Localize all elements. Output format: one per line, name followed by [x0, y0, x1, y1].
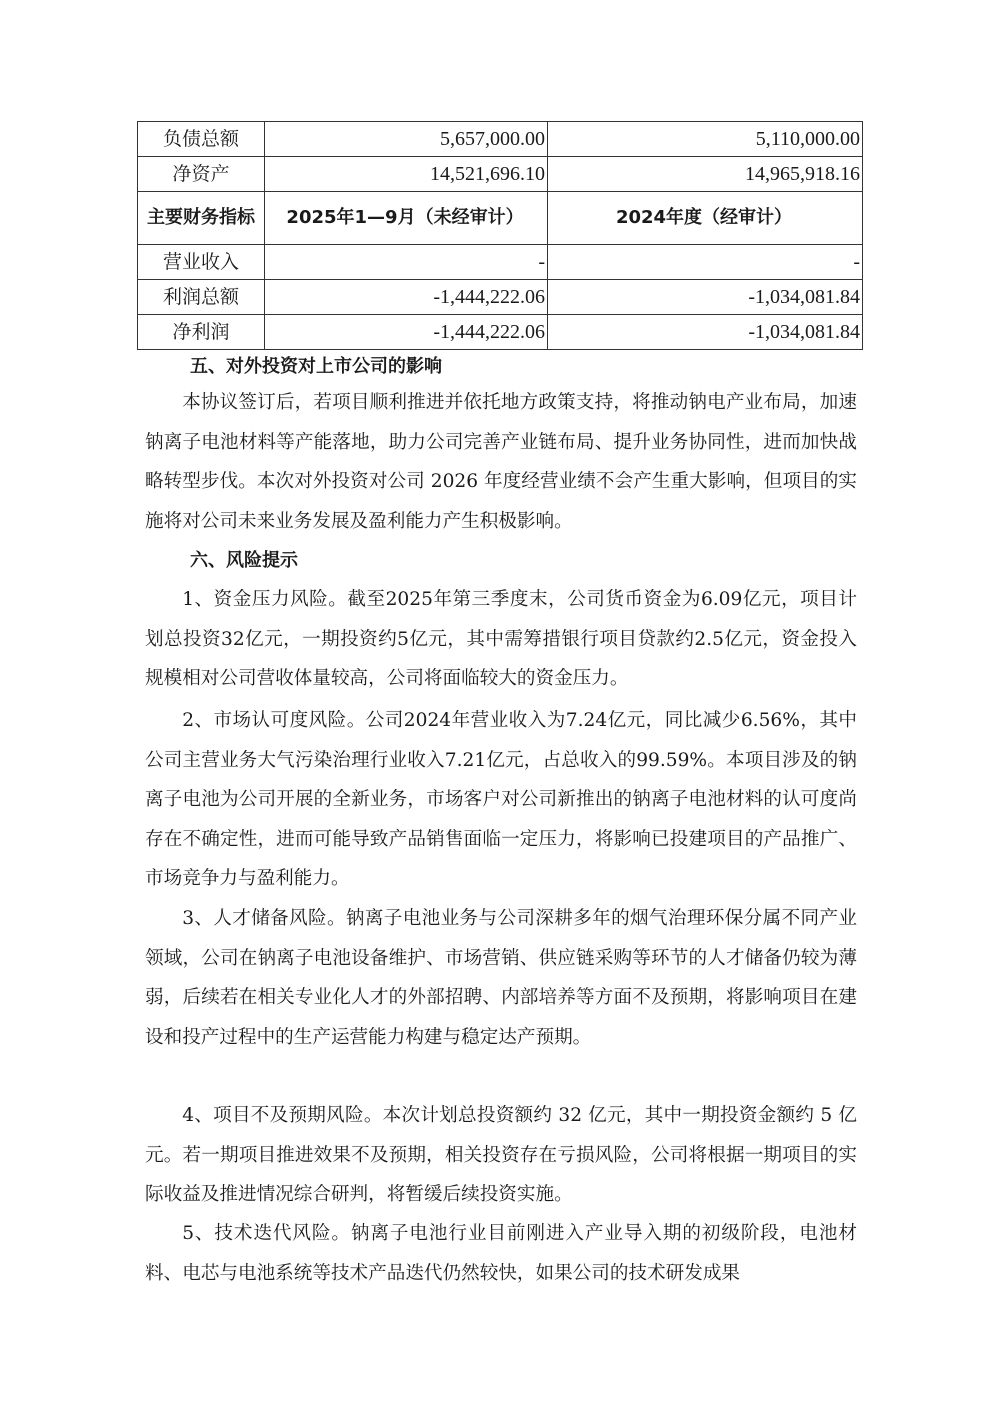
table-header-row: 主要财务指标 2025年1—9月（未经审计） 2024年度（经审计） — [138, 192, 863, 245]
header-label: 主要财务指标 — [138, 192, 265, 245]
risk-item-funding: 1、资金压力风险。截至2025年第三季度末，公司货币资金为6.09亿元，项目计划… — [145, 580, 857, 699]
table-row: 负债总额 5,657,000.00 5,110,000.00 — [138, 122, 863, 157]
cell-value-2024: 14,965,918.16 — [548, 157, 863, 192]
cell-value-2025: 5,657,000.00 — [265, 122, 548, 157]
section-heading-risks: 六、风险提示 — [190, 549, 298, 573]
section-heading-impact: 五、对外投资对上市公司的影响 — [190, 355, 442, 379]
table-row: 营业收入 - - — [138, 245, 863, 280]
risk-item-project: 4、项目不及预期风险。本次计划总投资额约 32 亿元，其中一期投资金额约 5 亿… — [145, 1096, 857, 1215]
header-col-2024: 2024年度（经审计） — [548, 192, 863, 245]
cell-value-2024: -1,034,081.84 — [548, 280, 863, 315]
row-label: 负债总额 — [138, 122, 265, 157]
cell-value-2024: -1,034,081.84 — [548, 315, 863, 350]
header-col-2025: 2025年1—9月（未经审计） — [265, 192, 548, 245]
cell-value-2024: - — [548, 245, 863, 280]
cell-value-2024: 5,110,000.00 — [548, 122, 863, 157]
cell-value-2025: 14,521,696.10 — [265, 157, 548, 192]
table-row: 净资产 14,521,696.10 14,965,918.16 — [138, 157, 863, 192]
table-row: 利润总额 -1,444,222.06 -1,034,081.84 — [138, 280, 863, 315]
risk-item-talent: 3、人才储备风险。钠离子电池业务与公司深耕多年的烟气治理环保分属不同产业领域，公… — [145, 899, 857, 1057]
risk-item-technology: 5、技术迭代风险。钠离子电池行业目前刚进入产业导入期的初级阶段，电池材料、电芯与… — [145, 1214, 857, 1293]
row-label: 利润总额 — [138, 280, 265, 315]
risk-item-market: 2、市场认可度风险。公司2024年营业收入为7.24亿元，同比减少6.56%，其… — [145, 701, 857, 899]
table-row: 净利润 -1,444,222.06 -1,034,081.84 — [138, 315, 863, 350]
row-label: 营业收入 — [138, 245, 265, 280]
document-page: 负债总额 5,657,000.00 5,110,000.00 净资产 14,52… — [0, 0, 1000, 1414]
cell-value-2025: -1,444,222.06 — [265, 280, 548, 315]
financial-table: 负债总额 5,657,000.00 5,110,000.00 净资产 14,52… — [137, 121, 863, 350]
row-label: 净资产 — [138, 157, 265, 192]
cell-value-2025: - — [265, 245, 548, 280]
cell-value-2025: -1,444,222.06 — [265, 315, 548, 350]
row-label: 净利润 — [138, 315, 265, 350]
paragraph-impact: 本协议签订后，若项目顺利推进并依托地方政策支持，将推动钠电产业布局，加速钠离子电… — [145, 383, 857, 541]
